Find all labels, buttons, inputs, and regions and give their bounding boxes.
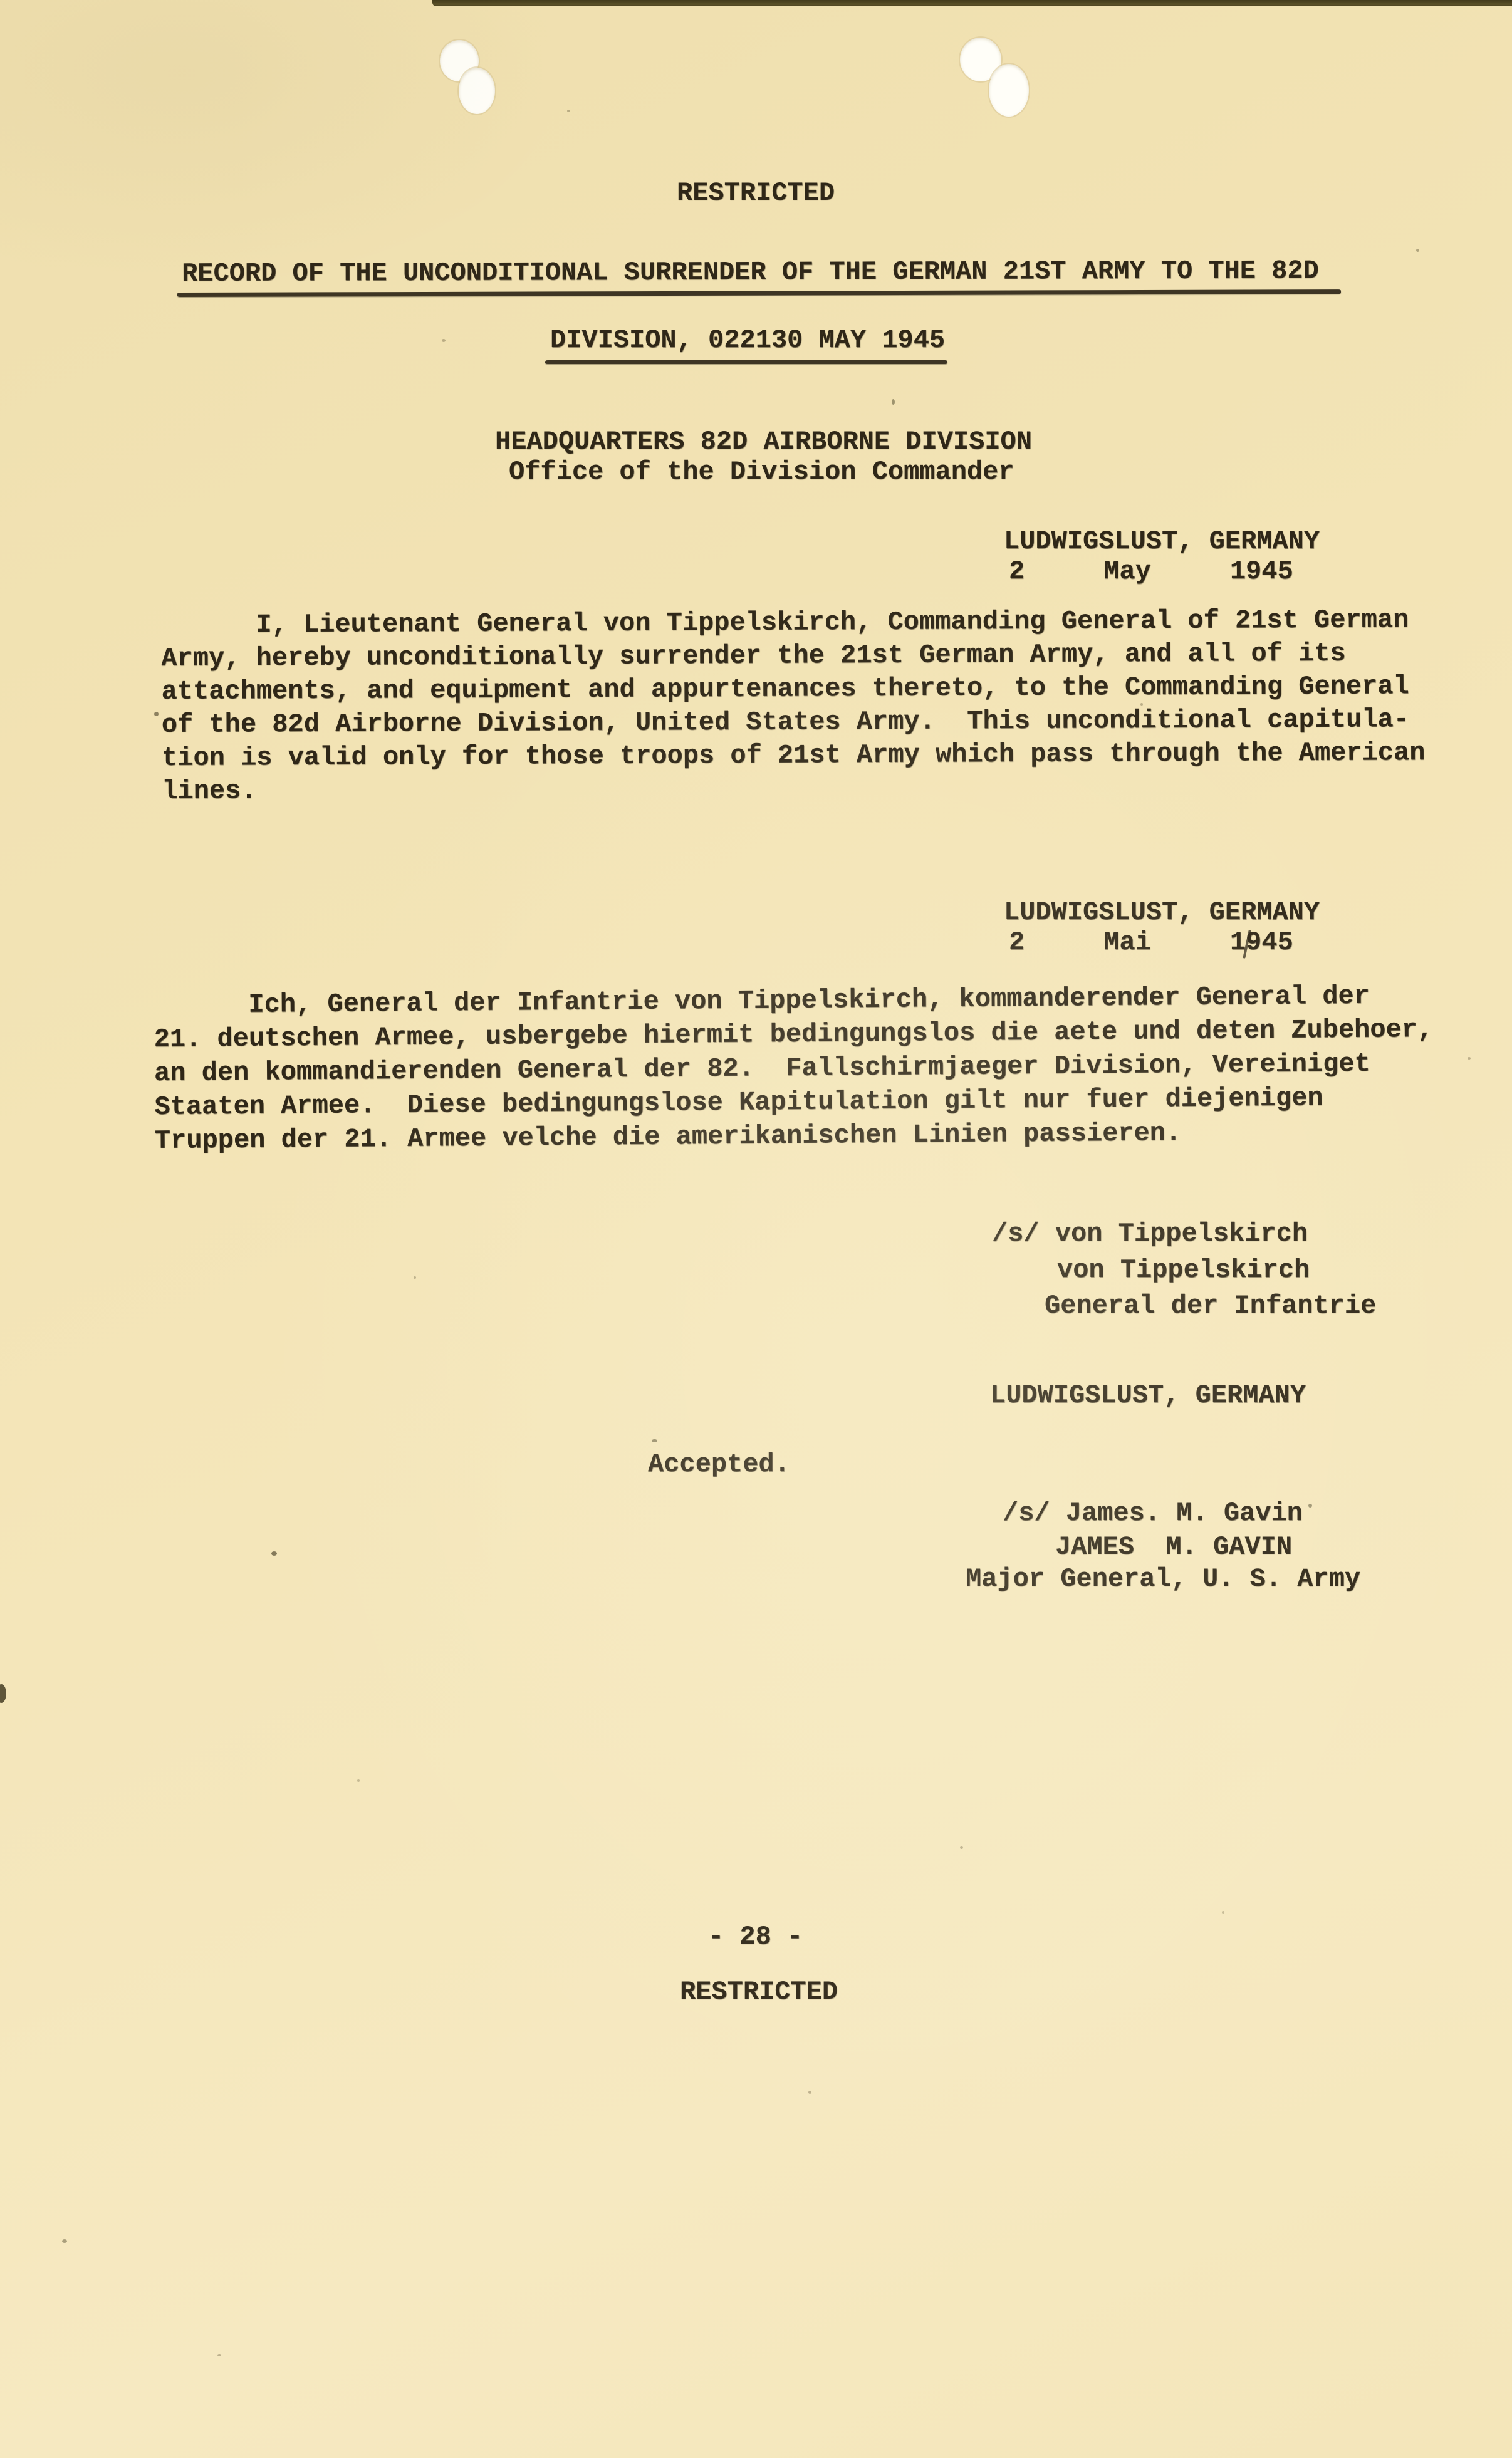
paper-speck bbox=[62, 2239, 67, 2243]
signature-german-name: von Tippelskirch bbox=[1057, 1256, 1310, 1285]
dateline-german-place: LUDWIGSLUST, GERMANY bbox=[1004, 898, 1320, 927]
paper-speck bbox=[1468, 1057, 1471, 1060]
letterhead-headquarters: HEADQUARTERS 82D AIRBORNE DIVISION bbox=[495, 427, 1032, 457]
surrender-paragraph-german: Ich, General der Infantrie von Tippelski… bbox=[154, 979, 1434, 1158]
paper-speck bbox=[1140, 703, 1143, 706]
scanned-document-page: RESTRICTED RECORD OF THE UNCONDITIONAL S… bbox=[0, 0, 1512, 2458]
paper-speck bbox=[567, 110, 570, 112]
signature-german-rank: General der Infantrie bbox=[1045, 1291, 1376, 1321]
paper-edge-mark bbox=[0, 1684, 6, 1703]
punch-hole-left bbox=[439, 39, 499, 115]
paper-speck bbox=[154, 712, 159, 716]
signature-german-signed: /s/ von Tippelskirch bbox=[992, 1219, 1308, 1249]
dateline-english-place: LUDWIGSLUST, GERMANY bbox=[1004, 527, 1320, 556]
page-number: - 28 - bbox=[708, 1922, 803, 1952]
paper-speck bbox=[892, 399, 895, 405]
dateline-english-date: 2 May 1945 bbox=[1009, 557, 1293, 586]
signature-german-place: LUDWIGSLUST, GERMANY bbox=[990, 1381, 1306, 1410]
signature-us-name: JAMES M. GAVIN bbox=[1055, 1533, 1292, 1562]
paper-speck bbox=[217, 2354, 221, 2356]
scan-edge-artifact bbox=[432, 0, 1512, 6]
accepted-label: Accepted. bbox=[648, 1450, 790, 1479]
paper-speck bbox=[357, 1779, 360, 1782]
signature-us-rank: Major General, U. S. Army bbox=[966, 1565, 1360, 1594]
paper-speck bbox=[442, 339, 446, 342]
title-underline-2 bbox=[545, 360, 947, 364]
paper-speck bbox=[652, 1439, 657, 1442]
title-underline-1 bbox=[177, 289, 1341, 297]
document-title-line-2: DIVISION, 022130 MAY 1945 bbox=[550, 326, 945, 355]
signature-us-signed: /s/ James. M. Gavin bbox=[1003, 1499, 1303, 1528]
paper-speck bbox=[808, 2091, 811, 2094]
classification-top: RESTRICTED bbox=[677, 179, 835, 208]
paper-speck bbox=[271, 1551, 277, 1556]
document-title-line-1: RECORD OF THE UNCONDITIONAL SURRENDER OF… bbox=[182, 256, 1319, 289]
surrender-paragraph-english: I, Lieutenant General von Tippelskirch, … bbox=[161, 603, 1426, 808]
paper-speck bbox=[1222, 1911, 1224, 1914]
paper-speck bbox=[960, 1846, 963, 1849]
punch-hole-right bbox=[960, 33, 1032, 117]
classification-bottom: RESTRICTED bbox=[680, 1977, 838, 2007]
paper-speck bbox=[414, 1276, 416, 1279]
paper-speck bbox=[1308, 1504, 1312, 1508]
letterhead-office: Office of the Division Commander bbox=[509, 457, 1014, 487]
paper-speck bbox=[1416, 249, 1419, 252]
